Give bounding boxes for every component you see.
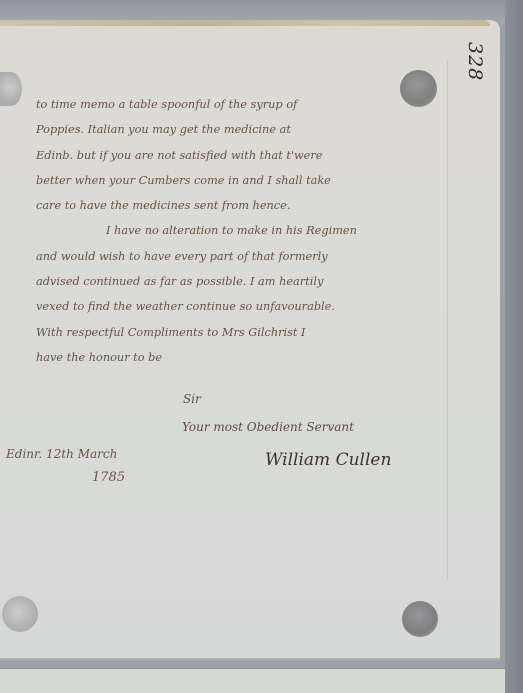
closing: Your most Obedient Servant [182,420,354,434]
year: 1785 [92,470,125,485]
letter-line: advised continued as far as possible. I … [36,269,446,294]
letter-line: Poppies. Italian you may get the medicin… [36,117,446,142]
margin-line [447,60,448,580]
seal-mark-bottom-right [402,601,438,637]
letter-line: have the honour to be [36,345,446,370]
salutation: Sir [183,392,201,406]
letter-line: care to have the medicines sent from hen… [36,193,446,218]
seal-mark-bottom-left [2,596,38,632]
folio-number: 328 [464,42,486,81]
place-date: Edinr. 12th March [6,447,117,461]
letter-line: to time memo a table spoonful of the syr… [36,92,446,117]
underlying-page [0,668,505,693]
letter-line: I have no alteration to make in his Regi… [36,218,446,243]
letter-line: and would wish to have every part of tha… [36,244,446,269]
letter-body: to time memo a table spoonful of the syr… [36,92,446,370]
background-right [505,0,523,693]
page-edge [0,20,490,26]
signature: William Cullen [265,450,391,470]
letter-line: vexed to find the weather continue so un… [36,294,446,319]
letter-line: better when your Cumbers come in and I s… [36,168,446,193]
letter-line: Edinb. but if you are not satisfied with… [36,143,446,168]
seal-mark-top-left [0,72,22,106]
letter-line: With respectful Compliments to Mrs Gilch… [36,320,446,345]
